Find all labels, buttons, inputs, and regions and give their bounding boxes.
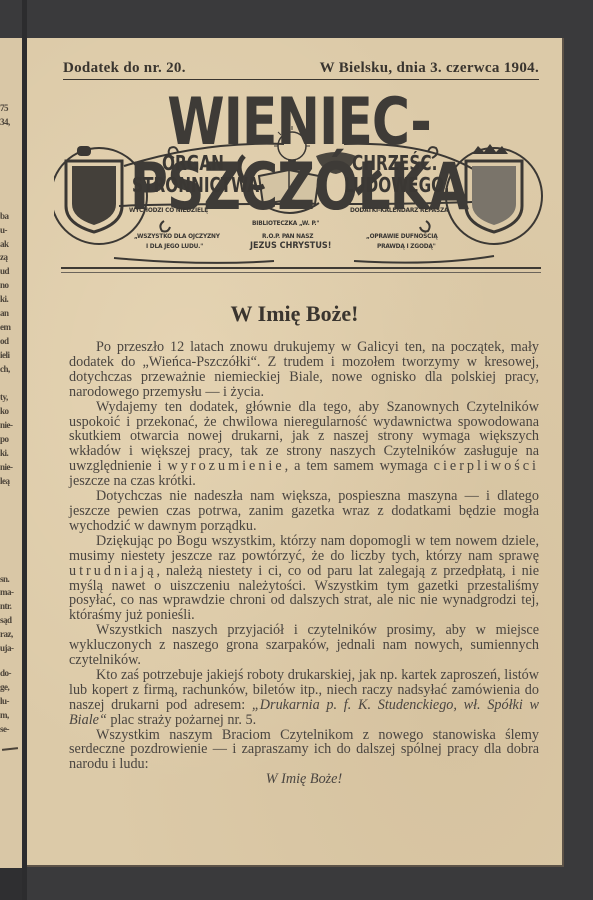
adjacent-page-text-fragment: nie- <box>0 420 13 430</box>
adjacent-page-text-fragment: ba <box>0 211 9 221</box>
emphasis-utrudniaja: utrudniają <box>69 563 157 579</box>
paragraph-2: Wydajemy ten dodatek, głównie dla tego, … <box>69 400 539 489</box>
masthead-organ-right-2: LUDOWEGO. <box>344 174 450 198</box>
masthead-library: BIBLIOTECZKA „W. P." <box>252 219 319 227</box>
adjacent-page-edge: 7534,bau-akząudnoki.anemodielich,ty,koni… <box>0 38 24 870</box>
adjacent-page-text-fragment: ki. <box>0 294 8 304</box>
masthead-motto-right-1: „OPRAWIE DUFNOŚCIĄ <box>366 232 438 240</box>
paragraph-5: Wszystkich naszych przyjaciół i czytelni… <box>69 623 539 668</box>
adjacent-page-text-fragment: uja- <box>0 643 14 653</box>
scanner-background-corner <box>0 868 24 900</box>
paragraph-3: Dotychczas nie nadeszła nam większa, pos… <box>69 489 539 534</box>
adjacent-page-text-fragment: leą <box>0 476 10 486</box>
masthead-motto-right-2: PRAWDĄ I ZGODĄ" <box>377 242 436 250</box>
paragraph-2-text-c: jeszcze na czas krótki. <box>69 473 196 489</box>
paragraph-7: Wszystkim naszym Braciom Czytelnikom z n… <box>69 728 539 773</box>
closing-salutation: W Imię Boże! <box>69 772 539 787</box>
masthead-organ-right-1: CHRZEŚC. <box>352 152 437 176</box>
adjacent-page-text-fragment: 75 <box>0 103 8 113</box>
adjacent-page-text-fragment: do- <box>0 668 11 678</box>
masthead: WIENIEC-PSZCZÓŁKA ORGAN STRONNICTWA CHRZ… <box>54 86 544 266</box>
adjacent-page-text-fragment: an <box>0 308 9 318</box>
article-title: W Imię Boże! <box>27 301 562 327</box>
adjacent-page-text-fragment: se- <box>0 724 9 734</box>
adjacent-page-text-fragment: ak <box>0 239 9 249</box>
newspaper-page: Dodatek do nr. 20. W Bielsku, dnia 3. cz… <box>27 38 564 867</box>
adjacent-page-text-fragment: ge, <box>0 682 9 692</box>
adjacent-page-text-fragment: ieli <box>0 350 10 360</box>
paragraph-4-text-a: Dziękując po Bogu wszystkim, którzy nam … <box>69 533 539 564</box>
masthead-divider <box>61 267 541 273</box>
adjacent-page-text-fragment: zą <box>0 252 8 262</box>
masthead-motto-center-1: R.O.P. PAN NASZ <box>262 232 313 240</box>
adjacent-page-dash <box>2 747 18 751</box>
masthead-motto-left-1: „WSZYSTKO DLA OJCZYZNY <box>134 232 220 240</box>
place-and-date: W Bielsku, dnia 3. czerwca 1904. <box>320 60 539 77</box>
paragraph-1: Po przeszło 12 latach znowu drukujemy w … <box>69 340 539 400</box>
paragraph-4: Dziękując po Bogu wszystkim, którzy nam … <box>69 534 539 623</box>
adjacent-page-text-fragment: sn. <box>0 574 9 584</box>
masthead-motto-left-2: I DLA JEGO LUDU." <box>146 242 203 250</box>
supplement-number: Dodatek do nr. 20. <box>63 60 186 77</box>
adjacent-page-text-fragment: ty, <box>0 392 8 402</box>
adjacent-page-text-fragment: po <box>0 434 9 444</box>
issue-header: Dodatek do nr. 20. W Bielsku, dnia 3. cz… <box>63 60 539 80</box>
masthead-organ-left-1: ORGAN <box>162 152 224 176</box>
adjacent-page-text-fragment: em <box>0 322 11 332</box>
paragraph-6: Kto zaś potrzebuje jakiejś roboty drukar… <box>69 668 539 728</box>
adjacent-page-text-fragment: lu- <box>0 696 9 706</box>
masthead-motto-center-2: JEZUS CHRYSTUS! <box>250 241 331 251</box>
masthead-frequency: WYCHODZI CO NIEDZIELĘ <box>129 206 208 214</box>
paragraph-6-text-b: plac straży pożarnej nr. 5. <box>107 712 256 728</box>
adjacent-page-text-fragment: sąd <box>0 615 12 625</box>
adjacent-page-text-fragment: no <box>0 280 9 290</box>
adjacent-page-text-fragment: ud <box>0 266 9 276</box>
adjacent-page-text-fragment: raz, <box>0 629 13 639</box>
adjacent-page-text-fragment: nie- <box>0 462 13 472</box>
emphasis-cierpliwosci: cierpliwości <box>434 458 539 474</box>
adjacent-page-text-fragment: ko <box>0 406 9 416</box>
masthead-supplements: DODATKI-KALENDARZ REPASZA <box>350 206 448 214</box>
adjacent-page-text-fragment: 34, <box>0 117 10 127</box>
adjacent-page-text-fragment: ch, <box>0 364 10 374</box>
adjacent-page-text-fragment: u- <box>0 225 7 235</box>
adjacent-page-text-fragment: od <box>0 336 9 346</box>
adjacent-page-text-fragment: ntr. <box>0 601 11 611</box>
adjacent-page-text-fragment: m, <box>0 710 9 720</box>
adjacent-page-text-fragment: ki. <box>0 448 8 458</box>
paragraph-2-text-b: , a tem samem wymaga <box>285 458 434 474</box>
adjacent-page-text-fragment: ma- <box>0 587 14 597</box>
emphasis-wyrozumienie: wyrozumienie <box>168 458 285 474</box>
masthead-title: WIENIEC-PSZCZÓŁKA <box>54 90 544 220</box>
article-body: Po przeszło 12 latach znowu drukujemy w … <box>69 340 539 787</box>
masthead-organ-left-2: STRONNICTWA <box>132 174 259 198</box>
